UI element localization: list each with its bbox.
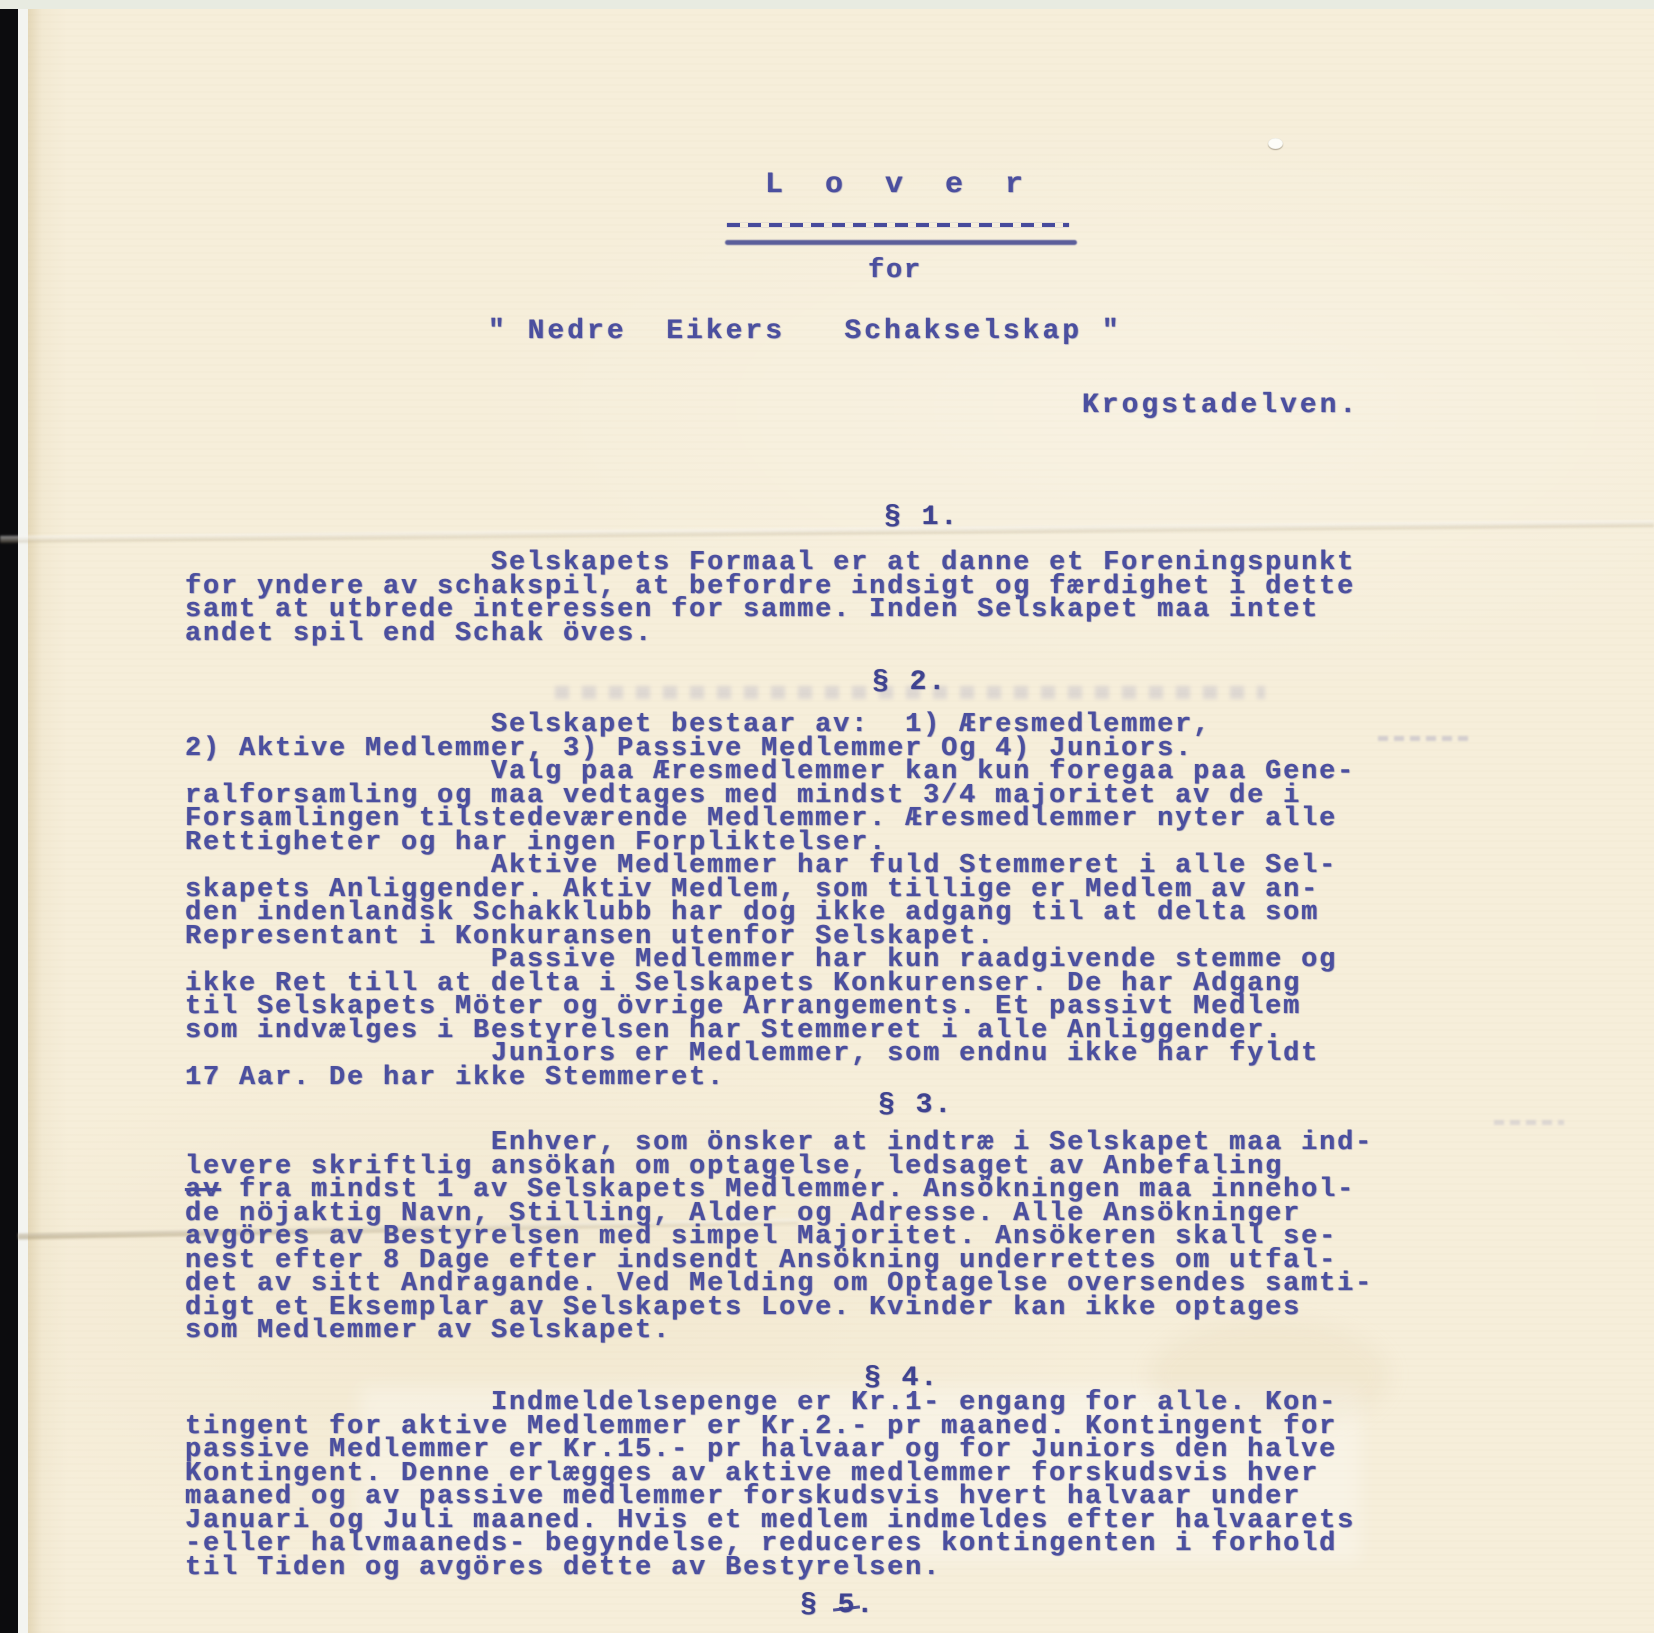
- section-3-paragraph: Enhver, som önsker at indtræ i Selskapet…: [185, 1132, 1373, 1344]
- section-1-heading: § 1.: [884, 503, 959, 533]
- location-line: Krogstadelven.: [1082, 390, 1359, 422]
- scanner-edge-white-sliver: [18, 0, 28, 1633]
- section-2-heading: § 2.: [872, 668, 947, 698]
- scanner-edge-black-bar: [0, 0, 18, 1633]
- section-2-paragraph: Selskapet bestaar av: 1) Æresmedlemmer, …: [185, 714, 1355, 1090]
- section-3-closing-lines: de nöjaktig Navn, Stilling, Alder og Adr…: [185, 1199, 1373, 1347]
- title-underline-dashed: [727, 223, 1069, 227]
- document-title: L o v e r: [765, 168, 1035, 202]
- title-underline-solid: [725, 240, 1077, 245]
- club-name: " Nedre Eikers Schakselskap ": [488, 316, 1122, 348]
- punch-hole: [1268, 138, 1283, 149]
- scanned-document: L o v e r for " Nedre Eikers Schakselska…: [0, 0, 1654, 1633]
- section-5-heading: § 5.: [800, 1591, 875, 1621]
- title-preposition: for: [868, 256, 922, 286]
- faint-ink-mark: [1494, 1120, 1564, 1125]
- section-3-opening-lines: Enhver, som önsker at indtræ i Selskapet…: [185, 1128, 1373, 1182]
- faint-ink-mark: [1378, 736, 1470, 741]
- section-3-heading: § 3.: [878, 1091, 953, 1121]
- scanner-top-strip: [0, 0, 1654, 9]
- section-1-paragraph: Selskapets Formaal er at danne et Foreni…: [185, 552, 1355, 646]
- section-4-paragraph: Indmeldelsepenge er Kr.1- engang for all…: [185, 1392, 1355, 1580]
